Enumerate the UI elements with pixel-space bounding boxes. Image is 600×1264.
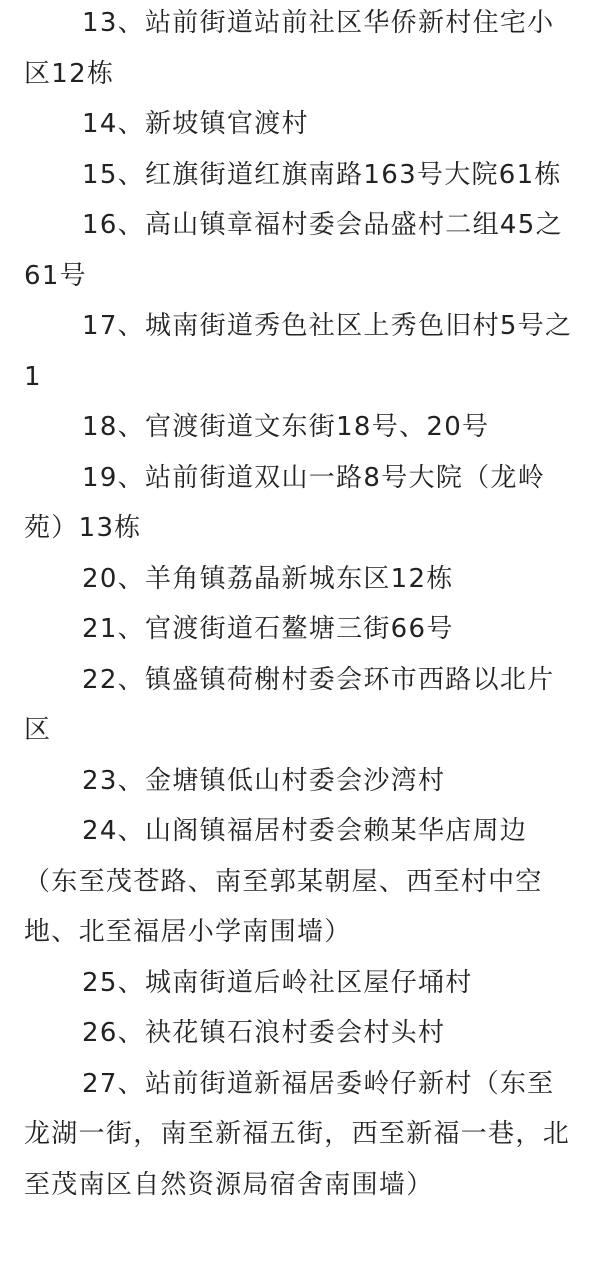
list-item: 25、城南街道后岭社区屋仔埇村 <box>24 958 578 1009</box>
list-item: 13、站前街道站前社区华侨新村住宅小区12栋 <box>24 0 578 99</box>
list-item: 16、高山镇章福村委会品盛村二组45之61号 <box>24 200 578 301</box>
list-item: 23、金塘镇低山村委会沙湾村 <box>24 756 578 807</box>
address-list-document: 13、站前街道站前社区华侨新村住宅小区12栋 14、新坡镇官渡村 15、红旗街道… <box>0 0 600 1210</box>
list-item: 17、城南街道秀色社区上秀色旧村5号之1 <box>24 301 578 402</box>
list-item: 26、袂花镇石浪村委会村头村 <box>24 1008 578 1059</box>
list-item: 19、站前街道双山一路8号大院（龙岭苑）13栋 <box>24 453 578 554</box>
list-item: 24、山阁镇福居村委会赖某华店周边（东至茂苍路、南至郭某朝屋、西至村中空地、北至… <box>24 806 578 958</box>
list-item: 22、镇盛镇荷榭村委会环市西路以北片区 <box>24 655 578 756</box>
list-item: 15、红旗街道红旗南路163号大院61栋 <box>24 150 578 201</box>
list-item: 21、官渡街道石鳌塘三街66号 <box>24 604 578 655</box>
list-item: 18、官渡街道文东街18号、20号 <box>24 402 578 453</box>
list-item: 27、站前街道新福居委岭仔新村（东至龙湖一街，南至新福五街，西至新福一巷，北至茂… <box>24 1059 578 1211</box>
list-item: 20、羊角镇荔晶新城东区12栋 <box>24 554 578 605</box>
list-item: 14、新坡镇官渡村 <box>24 99 578 150</box>
